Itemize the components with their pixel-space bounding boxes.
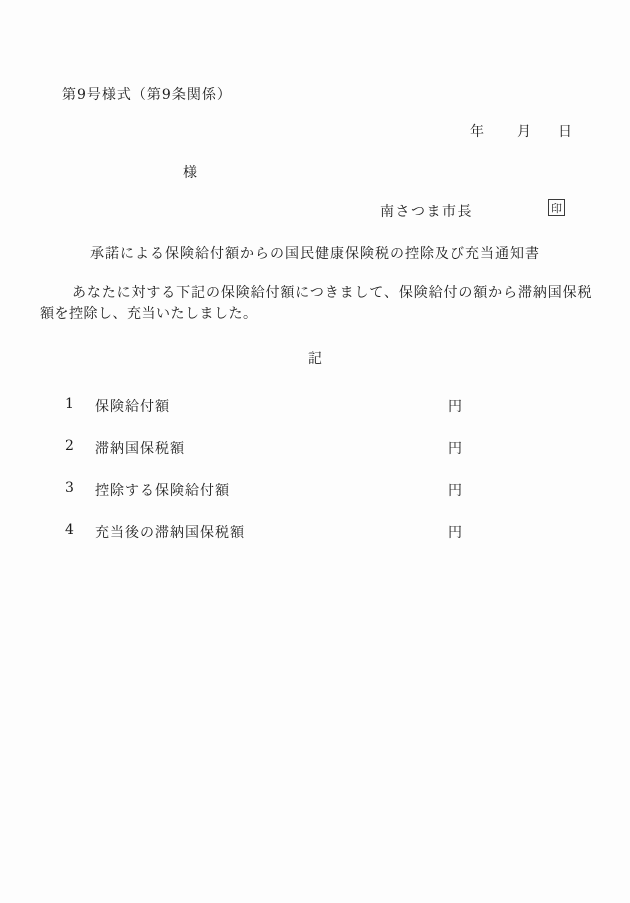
item-row: 1 保険給付額 円: [0, 396, 630, 412]
document-page: 第9号様式（第9条関係） 年 月 日 様 南さつま市長 印 承諾による保険給付額…: [0, 0, 630, 903]
item-number: 3: [65, 480, 74, 496]
date-year-label: 年: [470, 121, 484, 141]
date-month-label: 月: [517, 121, 531, 141]
item-unit: 円: [448, 522, 462, 542]
item-unit: 円: [448, 480, 462, 500]
item-row: 2 滞納国保税額 円: [0, 438, 630, 454]
item-label: 保険給付額: [95, 396, 170, 416]
item-unit: 円: [448, 396, 462, 416]
item-label: 滞納国保税額: [95, 438, 185, 458]
item-number: 4: [65, 522, 74, 538]
body-paragraph: あなたに対する下記の保険給付額につきまして、保険給付の額から滞納国保税額を控除し…: [40, 283, 592, 324]
list-heading: 記: [0, 348, 630, 368]
item-number: 2: [65, 438, 74, 454]
item-label: 控除する保険給付額: [95, 480, 230, 500]
item-unit: 円: [448, 438, 462, 458]
item-row: 4 充当後の滞納国保税額 円: [0, 522, 630, 538]
date-line: 年 月 日: [470, 121, 572, 141]
item-row: 3 控除する保険給付額 円: [0, 480, 630, 496]
item-number: 1: [65, 396, 74, 412]
item-label: 充当後の滞納国保税額: [95, 522, 245, 542]
issuer-name: 南さつま市長: [380, 201, 473, 221]
form-number: 第9号様式（第9条関係）: [62, 84, 232, 104]
date-day-label: 日: [558, 121, 572, 141]
addressee-honorific: 様: [183, 162, 198, 182]
document-title: 承諾による保険給付額からの国民健康保険税の控除及び充当通知書: [0, 243, 630, 263]
official-seal-icon: 印: [548, 199, 565, 216]
